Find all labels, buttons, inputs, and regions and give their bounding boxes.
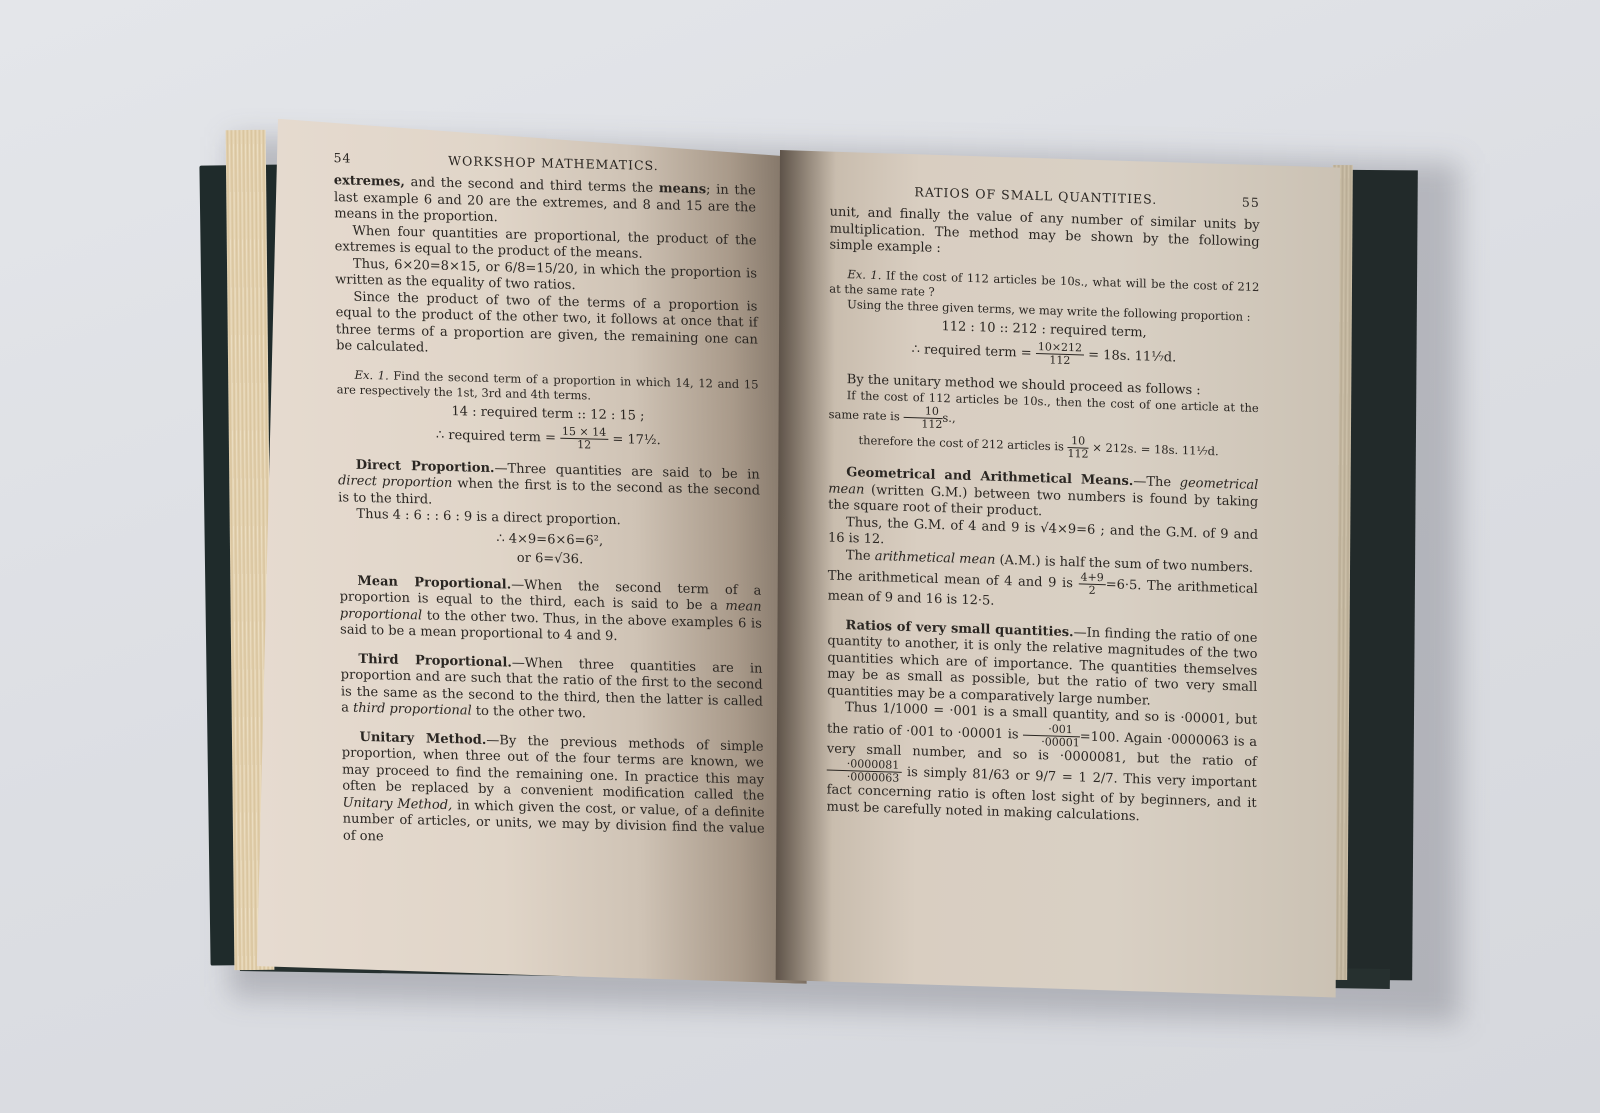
section-third-proportional: Third Proportional.—When three quantitie…	[340, 651, 763, 727]
example-label: Ex. 1.	[354, 367, 388, 382]
text: s.,	[942, 411, 955, 425]
denominator: 12	[560, 438, 608, 451]
fraction: 4+92	[1078, 571, 1105, 597]
text: If the cost of 112 articles be 10s., wha…	[829, 268, 1259, 299]
section-mean-proportional: Mean Proportional.—When the second term …	[339, 573, 762, 649]
fraction: 10112	[1068, 435, 1089, 461]
section-heading: Third Proportional.	[358, 651, 512, 670]
italic-term: arithmetical mean	[875, 548, 996, 567]
text: ∴ required term =	[436, 427, 556, 445]
denominator: 2	[1078, 584, 1105, 597]
page-number: 54	[333, 150, 351, 165]
section-heading: Unitary Method.	[359, 729, 486, 747]
text: × 212s. = 18s. 11⅐d.	[1089, 440, 1219, 458]
paragraph: unit, and finally the value of any numbe…	[829, 205, 1259, 268]
italic-term: third proportional	[353, 701, 472, 719]
fraction: ·001·00001	[1023, 722, 1080, 749]
right-page: RATIOS OF SMALL QUANTITIES. 55 unit, and…	[776, 150, 1340, 997]
text: Find the second term of a proportion in …	[337, 368, 759, 402]
text: = 18s. 11⅐d.	[1088, 347, 1176, 365]
running-head: RATIOS OF SMALL QUANTITIES.	[830, 182, 1242, 210]
text: = 17½.	[612, 432, 661, 448]
paragraph: Since the product of two of the terms of…	[335, 289, 758, 365]
section-heading: Direct Proportion.	[356, 457, 495, 475]
fraction: 10112	[903, 405, 942, 431]
bold-term: means	[659, 181, 706, 197]
text: to the other two.	[472, 704, 586, 722]
section-unitary-method: Unitary Method.—By the previous methods …	[341, 729, 765, 855]
text: therefore the cost of 212 articles is	[858, 433, 1067, 454]
italic-term: direct proportion	[338, 473, 452, 491]
running-head: WORKSHOP MATHEMATICS.	[351, 151, 755, 176]
left-page: 54 WORKSHOP MATHEMATICS. extremes, and t…	[245, 118, 807, 984]
bold-term: extremes,	[334, 173, 405, 190]
text: The arithmetical mean of 4 and 9 is	[828, 569, 1079, 592]
equation: ∴ required term = 15 × 1412 = 17½.	[337, 420, 759, 455]
section-small-quantities: Ratios of very small quantities.—In find…	[827, 617, 1257, 713]
paragraph: Thus 1/1000 = ·001 is a small quantity, …	[827, 699, 1258, 828]
fraction: 15 × 1412	[560, 425, 609, 451]
text: The	[846, 548, 875, 564]
text: ∴ required term =	[912, 342, 1032, 361]
denominator: 112	[1036, 354, 1084, 368]
fraction: ·0000081·0000063	[827, 757, 902, 784]
example: Ex. 1. Find the second term of a proport…	[336, 367, 758, 407]
italic-term: Unitary Method,	[342, 795, 452, 813]
left-page-header: 54 WORKSHOP MATHEMATICS.	[333, 150, 755, 175]
text: —The	[1133, 474, 1179, 490]
page-number: 55	[1242, 195, 1260, 211]
section-heading: Mean Proportional.	[357, 573, 511, 592]
numerator: 15 × 14	[560, 425, 608, 439]
fraction: 10×212112	[1036, 341, 1084, 368]
denominator: 112	[1068, 448, 1089, 461]
example-label: Ex. 1.	[847, 267, 881, 282]
